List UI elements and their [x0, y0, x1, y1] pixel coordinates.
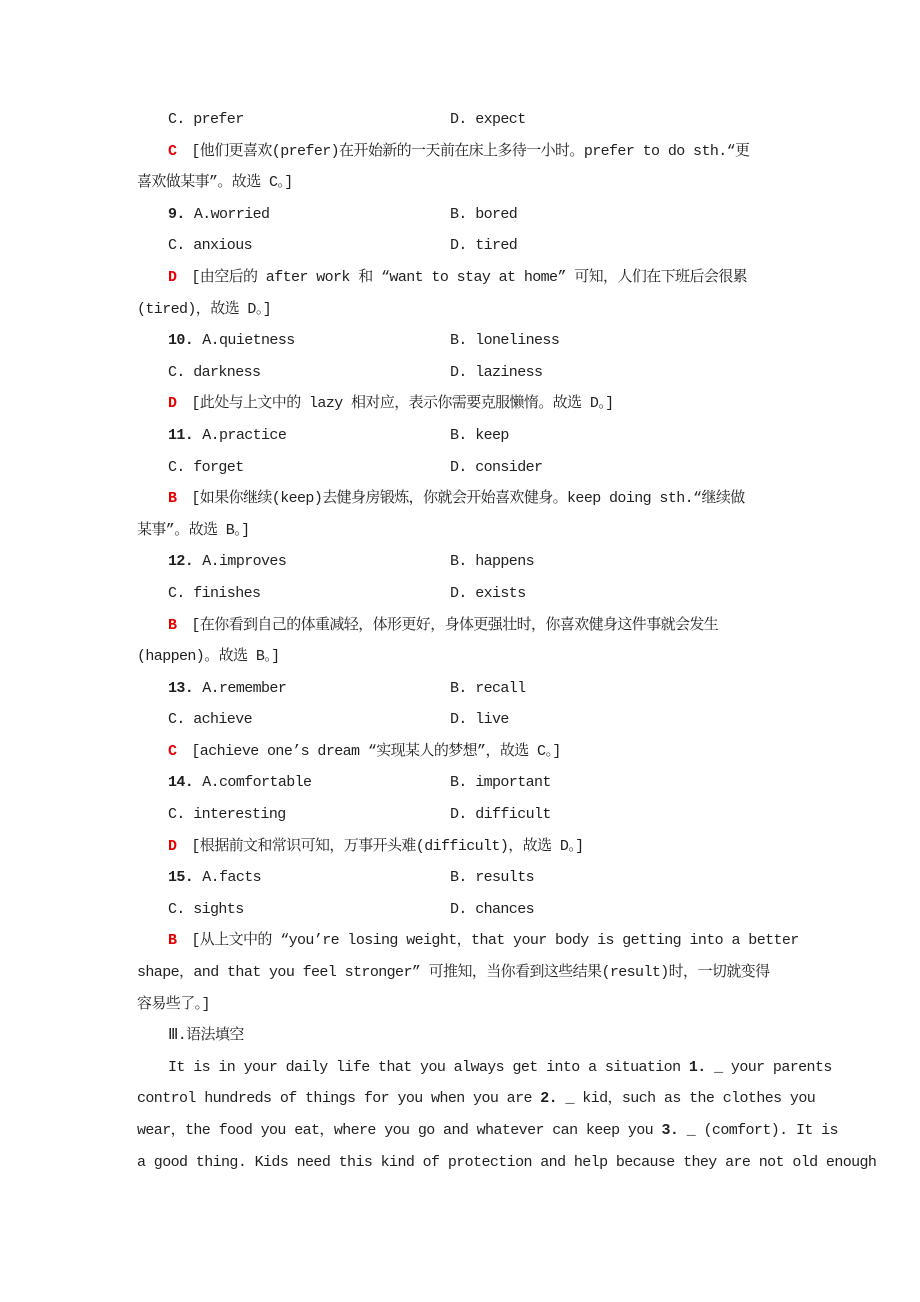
answer-text: shape，and that you feel stronger” 可推知，当你… [137, 957, 809, 989]
question-number: 11. [168, 427, 193, 444]
answer-text: (tired)，故选 D。] [137, 294, 809, 326]
option-row-q11-cd: C. forget D. consider [137, 452, 809, 484]
question-number: 13. [168, 680, 193, 697]
option-c: C. darkness [168, 364, 260, 381]
option-b: B. loneliness [450, 325, 559, 357]
option-row-q15-cd: C. sights D. chances [137, 894, 809, 926]
option-d: D. live [450, 704, 509, 736]
option-row-q9-ab: 9.A.worried B. bored [137, 199, 809, 231]
answer-text: [如果你继续(keep)去健身房锻炼，你就会开始喜欢健身。keep doing … [191, 490, 744, 507]
answer-letter: D [168, 269, 176, 286]
question-number: 14. [168, 774, 193, 791]
answer-explanation-q11: B[如果你继续(keep)去健身房锻炼，你就会开始喜欢健身。keep doing… [137, 483, 809, 546]
answer-letter: C [168, 743, 176, 760]
answer-text: [从上文中的 “you’re losing weight，that your b… [191, 932, 798, 949]
passage-text: control hundreds of things for you when … [137, 1090, 532, 1107]
option-row-q9-cd: C. anxious D. tired [137, 230, 809, 262]
option-c: C. anxious [168, 237, 252, 254]
option-d: D. tired [450, 230, 517, 262]
option-b: B. results [450, 862, 534, 894]
passage-text: It is in your daily life that you always… [168, 1059, 681, 1076]
option-a: A.quietness [202, 332, 294, 349]
option-c: C. forget [168, 459, 244, 476]
option-c: C. interesting [168, 806, 286, 823]
option-row-q11-ab: 11.A.practice B. keep [137, 420, 809, 452]
passage-line-3: wear，the food you eat，where you go and w… [137, 1115, 809, 1147]
blank-number-2: 2. [540, 1090, 557, 1107]
option-row-q12-cd: C. finishes D. exists [137, 578, 809, 610]
answer-text: [此处与上文中的 lazy 相对应，表示你需要克服懒惰。故选 D。] [191, 395, 613, 412]
passage-text: _ (comfort). It is [687, 1122, 838, 1139]
option-a: A.facts [202, 869, 261, 886]
answer-text: 容易些了。] [137, 989, 809, 1021]
option-b: B. happens [450, 546, 534, 578]
option-a: A.worried [194, 206, 270, 223]
passage-line-4: a good thing. Kids need this kind of pro… [137, 1147, 809, 1179]
option-a: A.practice [202, 427, 286, 444]
answer-explanation-q14: D[根据前文和常识可知，万事开头难(difficult)，故选 D。] [137, 831, 809, 863]
option-row-q8-cd: C. prefer D. expect [137, 104, 809, 136]
passage-line-1: It is in your daily life that you always… [137, 1052, 809, 1084]
answer-text: [根据前文和常识可知，万事开头难(difficult)，故选 D。] [191, 838, 583, 855]
answer-text: 喜欢做某事”。故选 C。] [137, 167, 809, 199]
option-row-q10-cd: C. darkness D. laziness [137, 357, 809, 389]
option-d: D. difficult [450, 799, 551, 831]
answer-text: [他们更喜欢(prefer)在开始新的一天前在床上多待一小时。prefer to… [191, 143, 749, 160]
option-d: D. laziness [450, 357, 542, 389]
answer-text: [achieve one’s dream “实现某人的梦想”，故选 C。] [191, 743, 560, 760]
answer-explanation-q9: D[由空后的 after work 和 “want to stay at hom… [137, 262, 809, 325]
option-row-q15-ab: 15.A.facts B. results [137, 862, 809, 894]
option-c: C. sights [168, 901, 244, 918]
grammar-passage: It is in your daily life that you always… [137, 1052, 809, 1178]
answer-explanation-q8: C[他们更喜欢(prefer)在开始新的一天前在床上多待一小时。prefer t… [137, 136, 809, 199]
document-content: C. prefer D. expect C[他们更喜欢(prefer)在开始新的… [137, 104, 809, 1178]
answer-letter: D [168, 838, 176, 855]
answer-letter: B [168, 490, 176, 507]
answer-text: 某事”。故选 B。] [137, 515, 809, 547]
question-number: 10. [168, 332, 193, 349]
question-number: 15. [168, 869, 193, 886]
blank-number-3: 3. [662, 1122, 679, 1139]
option-row-q14-ab: 14.A.comfortable B. important [137, 767, 809, 799]
option-row-q10-ab: 10.A.quietness B. loneliness [137, 325, 809, 357]
passage-text: _ kid，such as the clothes you [566, 1090, 816, 1107]
option-row-q13-ab: 13.A.remember B. recall [137, 673, 809, 705]
passage-text: wear，the food you eat，where you go and w… [137, 1122, 653, 1139]
blank-number-1: 1. [689, 1059, 706, 1076]
option-b: B. recall [450, 673, 526, 705]
option-c: C. prefer [168, 111, 244, 128]
answer-letter: B [168, 932, 176, 949]
answer-explanation-q10: D[此处与上文中的 lazy 相对应，表示你需要克服懒惰。故选 D。] [137, 388, 809, 420]
answer-explanation-q15: B[从上文中的 “you’re losing weight，that your … [137, 925, 809, 1020]
option-d: D. consider [450, 452, 542, 484]
option-row-q12-ab: 12.A.improves B. happens [137, 546, 809, 578]
option-c: C. finishes [168, 585, 260, 602]
option-row-q13-cd: C. achieve D. live [137, 704, 809, 736]
answer-text: [由空后的 after work 和 “want to stay at home… [191, 269, 747, 286]
passage-text: _ your parents [714, 1059, 832, 1076]
option-d: D. chances [450, 894, 534, 926]
answer-letter: C [168, 143, 176, 160]
option-a: A.improves [202, 553, 286, 570]
answer-explanation-q13: C[achieve one’s dream “实现某人的梦想”，故选 C。] [137, 736, 809, 768]
answer-letter: D [168, 395, 176, 412]
option-row-q14-cd: C. interesting D. difficult [137, 799, 809, 831]
passage-line-2: control hundreds of things for you when … [137, 1083, 809, 1115]
option-c: C. achieve [168, 711, 252, 728]
option-b: B. bored [450, 199, 517, 231]
question-number: 9. [168, 206, 185, 223]
option-a: A.comfortable [202, 774, 311, 791]
option-d: D. expect [450, 104, 526, 136]
option-d: D. exists [450, 578, 526, 610]
answer-explanation-q12: B[在你看到自己的体重减轻，体形更好，身体更强壮时，你喜欢健身这件事就会发生 (… [137, 610, 809, 673]
answer-text: [在你看到自己的体重减轻，体形更好，身体更强壮时，你喜欢健身这件事就会发生 [191, 617, 718, 634]
answer-letter: B [168, 617, 176, 634]
document-page: C. prefer D. expect C[他们更喜欢(prefer)在开始新的… [0, 0, 920, 1302]
question-number: 12. [168, 553, 193, 570]
option-b: B. keep [450, 420, 509, 452]
option-b: B. important [450, 767, 551, 799]
option-a: A.remember [202, 680, 286, 697]
section-heading-grammar: Ⅲ.语法填空 [137, 1020, 809, 1052]
answer-text: (happen)。故选 B。] [137, 641, 809, 673]
